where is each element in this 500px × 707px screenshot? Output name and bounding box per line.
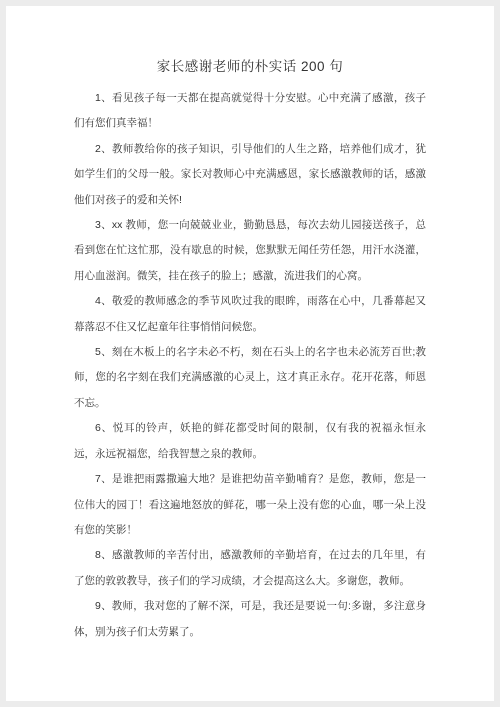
- paragraph: 3、xx 教师，您一向兢兢业业，勤勤恳恳，每次去幼儿园接送孩子，总看到您在忙这忙…: [74, 213, 426, 289]
- page-title: 家长感谢老师的朴实话 200 句: [74, 58, 426, 76]
- document-page: 家长感谢老师的朴实话 200 句 1、看见孩子每一天都在提高就觉得十分安慰。心中…: [6, 6, 494, 701]
- paragraph: 7、是谁把雨露撒遍大地？是谁把幼苗辛勤哺育？是您，教师，您是一位伟大的园丁！看这…: [74, 467, 426, 543]
- paragraph: 2、教师教给你的孩子知识，引导他们的人生之路，培养他们成才，犹如学生们的父母一般…: [74, 137, 426, 213]
- paragraph: 9、教师，我对您的了解不深，可是，我还是要说一句:多谢，多注意身体，别为孩子们太…: [74, 594, 426, 645]
- paragraph: 8、感激教师的辛苦付出，感激教师的辛勤培育，在过去的几年里，有了您的敦敦教导，孩…: [74, 543, 426, 594]
- document-body: 1、看见孩子每一天都在提高就觉得十分安慰。心中充满了感激，孩子们有您们真幸福！2…: [74, 86, 426, 645]
- paragraph: 6、悦耳的铃声，妖艳的鲜花都受时间的限制，仅有我的祝福永恒永远，永远祝福您，给我…: [74, 416, 426, 467]
- paragraph: 4、敬爱的教师感念的季节风吹过我的眼眸，雨落在心中，几番幕起又幕落忍不住又忆起童…: [74, 289, 426, 340]
- paragraph: 1、看见孩子每一天都在提高就觉得十分安慰。心中充满了感激，孩子们有您们真幸福！: [74, 86, 426, 137]
- paragraph: 5、刻在木板上的名字未必不朽，刻在石头上的名字也未必流芳百世;教师，您的名字刻在…: [74, 340, 426, 416]
